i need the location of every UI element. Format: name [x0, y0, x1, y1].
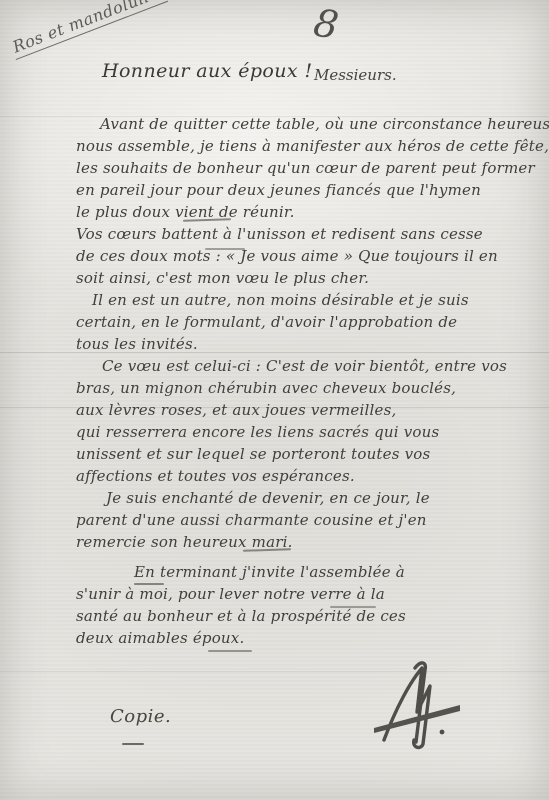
letter-line: remercie son heureux mari.: [76, 531, 546, 553]
letter-line: certain, en le formulant, d'avoir l'appr…: [76, 311, 546, 333]
letter-line: Vos cœurs battent à l'unisson et redisen…: [76, 223, 546, 245]
letter-line: le plus doux vient de réunir.: [76, 201, 546, 223]
letter-line: s'unir à moi, pour lever notre verre à l…: [76, 583, 546, 605]
pen-stroke: [330, 606, 376, 608]
letter-line: unissent et sur lequel se porteront tout…: [76, 443, 546, 465]
paragraph: Ce vœu est celui-ci : C'est de voir bien…: [76, 355, 546, 487]
letter-body: Avant de quitter cette table, où une cir…: [76, 113, 546, 649]
letter-line: nous assemble, je tiens à manifester aux…: [76, 135, 546, 157]
letter-line: En terminant j'invite l'assemblée à: [76, 561, 546, 583]
letter-line: en pareil jour pour deux jeunes fiancés …: [76, 179, 546, 201]
letter-line: Il en est un autre, non moins désirable …: [76, 289, 546, 311]
letter-line: bras, un mignon chérubin avec cheveux bo…: [76, 377, 546, 399]
salutation: Honneur aux époux !: [102, 60, 312, 82]
letter-line: Avant de quitter cette table, où une cir…: [76, 113, 546, 135]
pen-stroke: [134, 583, 164, 585]
signature-monogram-icon: [372, 656, 472, 751]
copy-underline-dash: [122, 743, 144, 745]
paragraph: En terminant j'invite l'assemblée à s'un…: [76, 561, 546, 649]
paragraph: Il en est un autre, non moins désirable …: [76, 289, 546, 355]
letter-line: affections et toutes vos espérances.: [76, 465, 546, 487]
scanned-letter-page: Ros et mandoluil ! 8 Honneur aux époux !…: [0, 0, 549, 800]
letter-line: Ce vœu est celui-ci : C'est de voir bien…: [76, 355, 546, 377]
paragraph: Vos cœurs battent à l'unisson et redisen…: [76, 223, 546, 289]
letter-line: tous les invités.: [76, 333, 546, 355]
letter-line: parent d'une aussi charmante cousine et …: [76, 509, 546, 531]
pen-stroke: [205, 248, 245, 250]
annotation-note: Ros et mandoluil !: [8, 0, 168, 60]
pen-stroke: [208, 650, 252, 652]
letter-line: Je suis enchanté de devenir, en ce jour,…: [76, 487, 546, 509]
paragraph: Avant de quitter cette table, où une cir…: [76, 113, 546, 223]
letter-line: de ces doux mots : « Je vous aime » Que …: [76, 245, 546, 267]
letter-line: soit ainsi, c'est mon vœu le plus cher.: [76, 267, 546, 289]
letter-line: qui resserrera encore les liens sacrés q…: [76, 421, 546, 443]
letter-line: santé au bonheur et à la prospérité de c…: [76, 605, 546, 627]
page-number: 8: [311, 0, 342, 47]
addressees: Messieurs.: [314, 66, 397, 84]
letter-line: deux aimables époux.: [76, 627, 546, 649]
copy-label: Copie.: [110, 706, 171, 727]
letter-line: les souhaits de bonheur qu'un cœur de pa…: [76, 157, 546, 179]
annotation-text: Ros et mandoluil !: [10, 0, 163, 56]
letter-line: aux lèvres roses, et aux joues vermeille…: [76, 399, 546, 421]
signature: [372, 656, 472, 751]
paragraph: Je suis enchanté de devenir, en ce jour,…: [76, 487, 546, 553]
